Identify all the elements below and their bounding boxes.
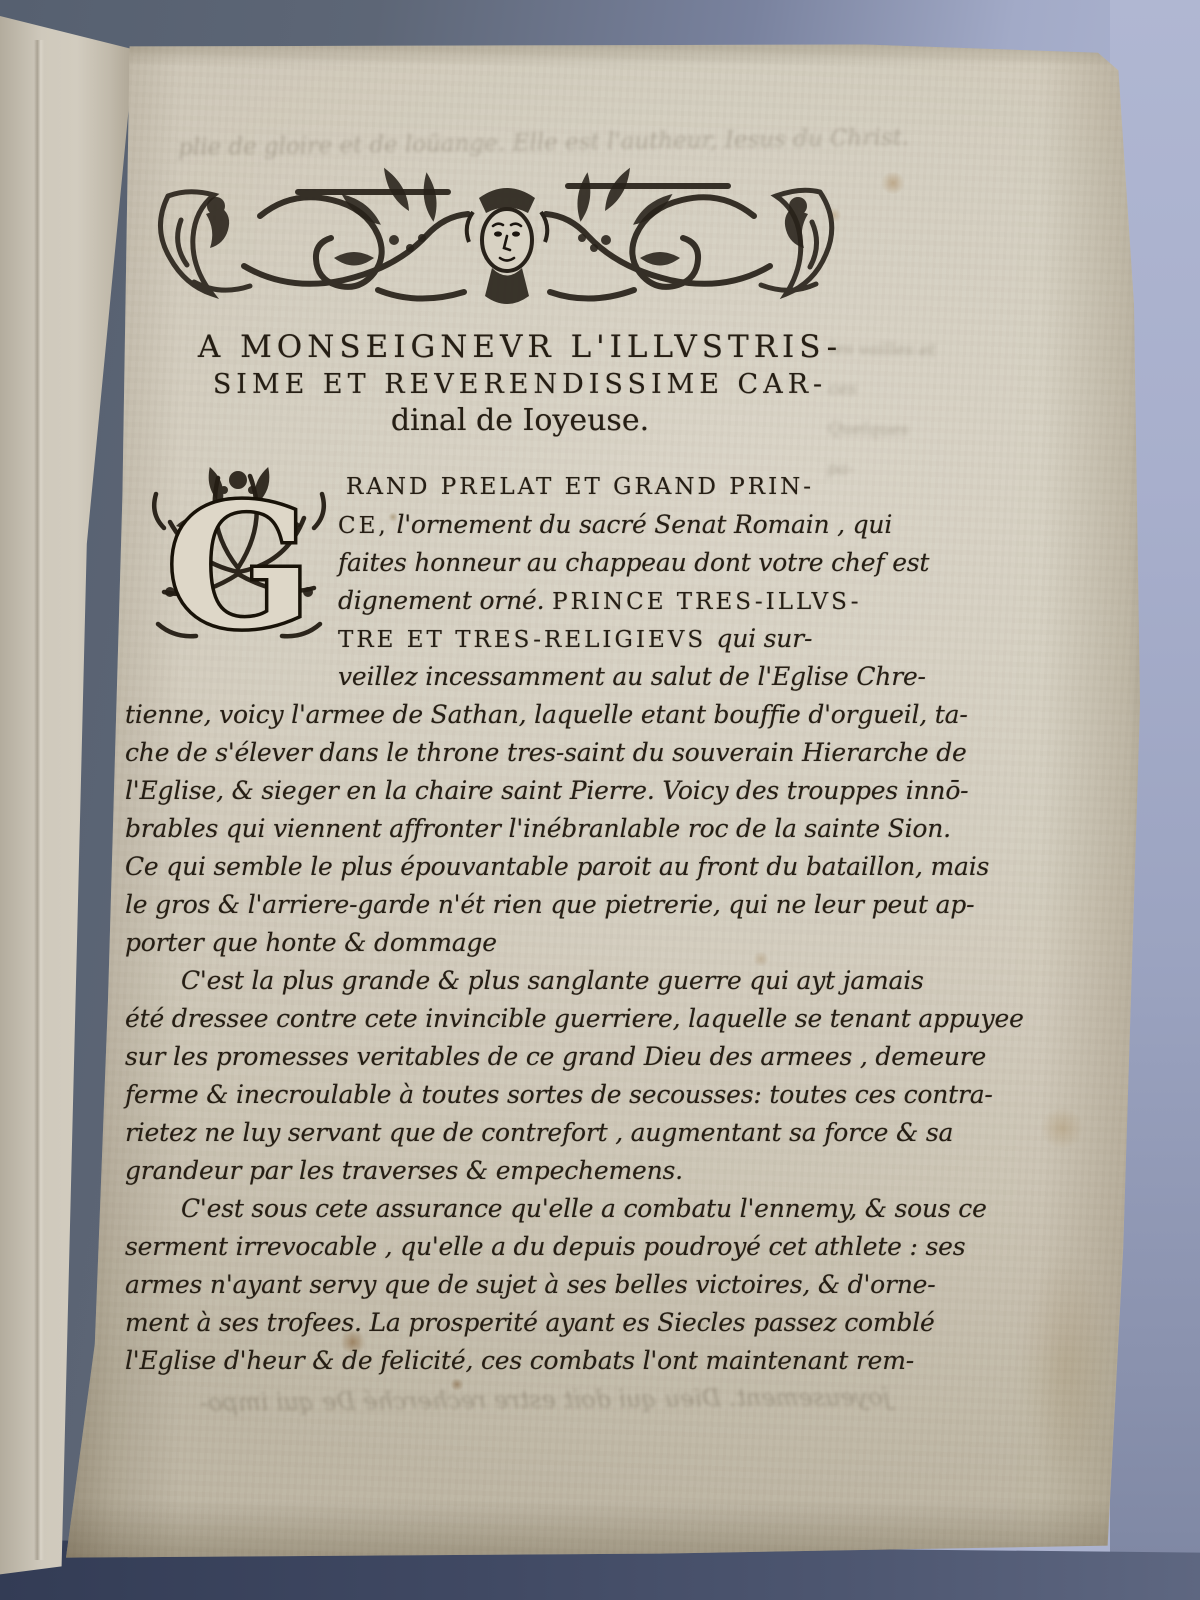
body-line: porter que honte & dommage bbox=[125, 924, 909, 962]
photograph-of-book-page: plie de gloire et de loüange. Elle est l… bbox=[0, 0, 1200, 1600]
body-line: CE, l'ornement du sacré Senat Romain , q… bbox=[338, 506, 909, 544]
book-page: plie de gloire et de loüange. Elle est l… bbox=[0, 0, 1200, 1600]
foxing-spot bbox=[880, 172, 906, 194]
italic-run: qui sur- bbox=[716, 624, 812, 653]
caps-run: TRE ET TRES-RELIGIEVS bbox=[338, 627, 716, 653]
body-line: faites honneur au chappeau dont votre ch… bbox=[338, 544, 909, 582]
body-line: grandeur par les traverses & empechemens… bbox=[125, 1152, 909, 1190]
body-line: TRE ET TRES-RELIGIEVS qui sur- bbox=[338, 620, 909, 658]
body-line: sur les promesses veritables de ce grand… bbox=[125, 1038, 909, 1076]
heading-line-3: dinal de Ioyeuse. bbox=[140, 403, 900, 439]
caps-run: CE, bbox=[338, 513, 389, 539]
dedication-body: RAND PRELAT ET GRAND PRIN- CE, l'ornemen… bbox=[125, 468, 909, 1380]
body-line: ferme & inecroulable à toutes sortes de … bbox=[125, 1076, 909, 1114]
body-line: ment à ses trofees. La prosperité ayant … bbox=[125, 1304, 909, 1342]
italic-run: dignement orné. bbox=[338, 586, 552, 615]
body-line: C'est sous cete assurance qu'elle a comb… bbox=[125, 1190, 909, 1228]
body-line: l'Eglise, & sieger en la chaire saint Pi… bbox=[125, 772, 909, 810]
body-line: serment irrevocable , qu'elle a du depui… bbox=[125, 1228, 909, 1266]
foxing-spot bbox=[1040, 1108, 1084, 1148]
body-line: che de s'élever dans le throne tres-sain… bbox=[125, 734, 909, 772]
body-line: dignement orné. PRINCE TRES-ILLVS- bbox=[338, 582, 909, 620]
foxing-smudge bbox=[1020, 1250, 1110, 1480]
body-line: été dressee contre cete invincible guerr… bbox=[125, 1000, 909, 1038]
body-line: veillez incessamment au salut de l'Eglis… bbox=[338, 658, 909, 696]
body-line: brables qui viennent affronter l'inébran… bbox=[125, 810, 909, 848]
body-line: Ce qui semble le plus épouvantable paroi… bbox=[125, 848, 909, 886]
page-crease bbox=[34, 40, 44, 1560]
headpiece-ornament-graphic bbox=[148, 162, 866, 314]
body-line: l'Eglise d'heur & de felicité, ces comba… bbox=[125, 1342, 909, 1380]
body-line: rietez ne luy servant que de contrefort … bbox=[125, 1114, 909, 1152]
heading-line-1: A MONSEIGNEVR L'ILLVSTRIS- bbox=[140, 327, 900, 367]
body-line: armes n'ayant servy que de sujet à ses b… bbox=[125, 1266, 909, 1304]
body-line: tienne, voicy l'armee de Sathan, laquell… bbox=[125, 696, 909, 734]
dedication-heading: A MONSEIGNEVR L'ILLVSTRIS- SIME ET REVER… bbox=[140, 327, 900, 439]
caps-run: PRINCE TRES-ILLVS- bbox=[552, 589, 861, 615]
body-line: C'est la plus grande & plus sanglante gu… bbox=[125, 962, 909, 1000]
body-line: le gros & l'arriere-garde n'ét rien que … bbox=[125, 886, 909, 924]
mask-face bbox=[467, 188, 548, 304]
italic-run: l'ornement du sacré Senat Romain , qui bbox=[389, 510, 892, 539]
body-line: RAND PRELAT ET GRAND PRIN- bbox=[346, 468, 909, 506]
heading-line-2: SIME ET REVERENDISSIME CAR- bbox=[140, 367, 900, 403]
